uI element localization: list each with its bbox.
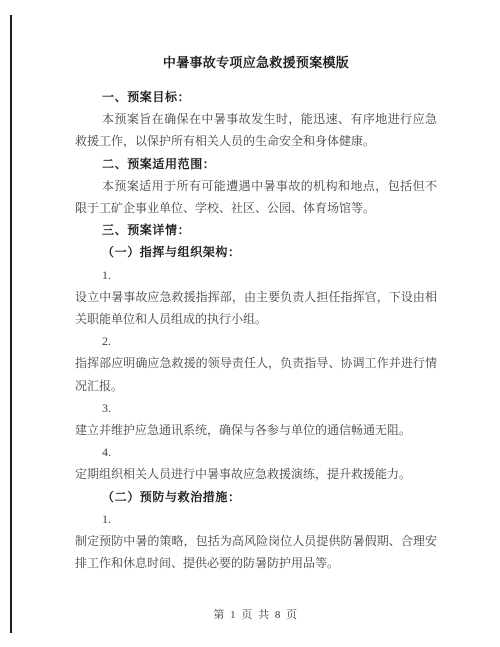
doc-block-heading: 一、预案目标： [75, 86, 437, 108]
document-title: 中暑事故专项应急救援预案模版 [75, 52, 437, 73]
doc-block-num: 2. [75, 330, 437, 352]
doc-block-num: 1. [75, 508, 437, 530]
doc-block-itempara: 定期组织相关人员进行中暑事故应急救援演练，提升救援能力。 [75, 463, 437, 485]
doc-block-itempara: 制定预防中暑的策略，包括为高风险岗位人员提供防暑假期、合理安排工作和休息时间、提… [75, 530, 437, 574]
doc-block-itempara: 设立中暑事故应急救援指挥部，由主要负责人担任指挥官，下设由相关职能单位和人员组成… [75, 286, 437, 330]
doc-block-itempara: 建立并维护应急通讯系统，确保与各参与单位的通信畅通无阻。 [75, 419, 437, 441]
page-number-footer: 第 1 页 共 8 页 [75, 606, 437, 622]
doc-block-itempara: 指挥部应明确应急救援的领导责任人，负责指导、协调工作并进行情况汇报。 [75, 352, 437, 396]
doc-block-heading: 三、预案详情： [75, 219, 437, 241]
doc-block-para: 本预案适用于所有可能遭遇中暑事故的机构和地点，包括但不限于工矿企事业单位、学校、… [75, 175, 437, 219]
doc-block-subheading: （一）指挥与组织架构： [75, 241, 437, 263]
doc-block-num: 3. [75, 397, 437, 419]
doc-block-subheading: （二）预防与救治措施： [75, 486, 437, 508]
doc-block-para: 本预案旨在确保在中暑事故发生时，能迅速、有序地进行应急救援工作，以保护所有相关人… [75, 108, 437, 152]
left-scan-edge-line [10, 15, 12, 633]
doc-block-num: 4. [75, 441, 437, 463]
document-page: 中暑事故专项应急救援预案模版 一、预案目标：本预案旨在确保在中暑事故发生时，能迅… [0, 0, 500, 647]
doc-block-num: 1. [75, 264, 437, 286]
doc-block-heading: 二、预案适用范围： [75, 153, 437, 175]
document-body: 一、预案目标：本预案旨在确保在中暑事故发生时，能迅速、有序地进行应急救援工作，以… [75, 86, 437, 574]
